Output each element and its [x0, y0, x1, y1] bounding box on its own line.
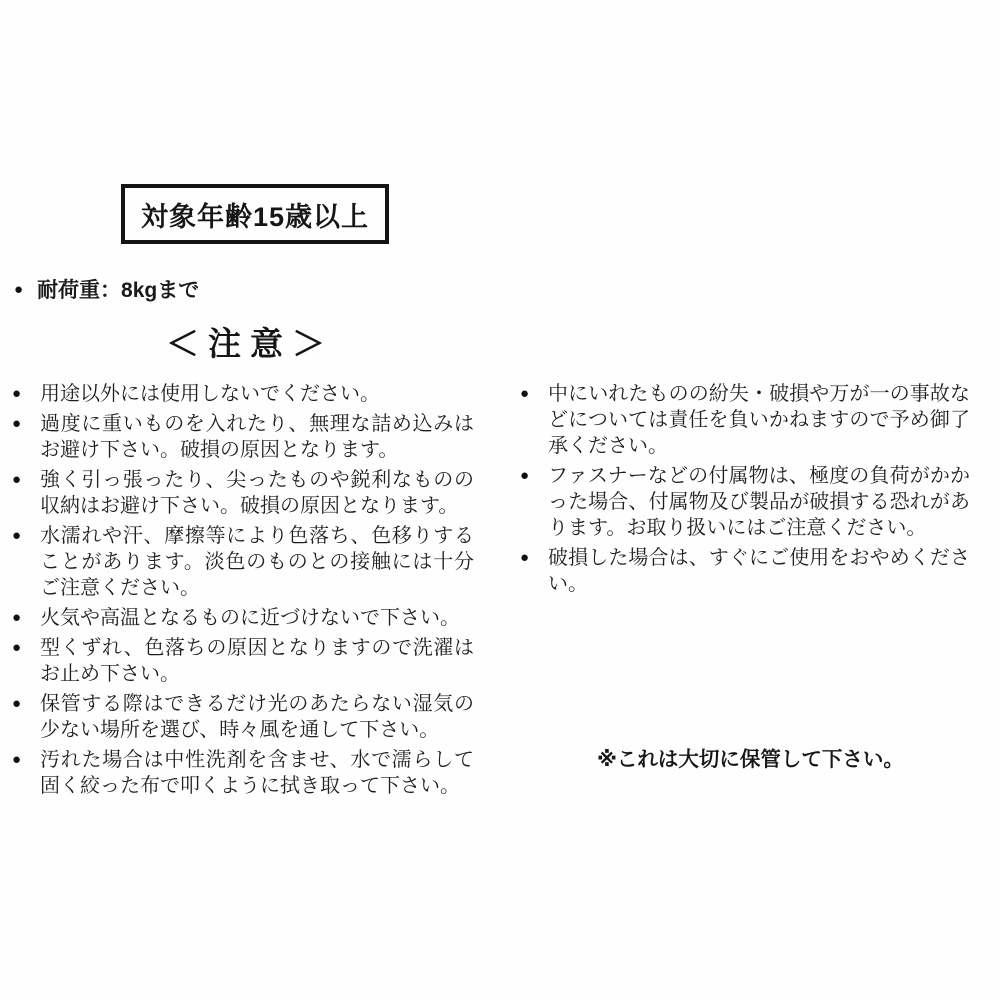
caution-list-left: ● 用途以外には使用しないでください。 ● 過度に重いものを入れたり、無理な詰め…: [12, 381, 474, 803]
caution-text: 過度に重いものを入れたり、無理な詰め込みはお避け下さい。破損の原因となります。: [40, 411, 474, 463]
list-item: ● 破損した場合は、すぐにご使用をおやめください。: [520, 545, 970, 597]
bullet-icon: ●: [12, 523, 40, 549]
list-item: ● 型くずれ、色落ちの原因となりますので洗濯はお止め下さい。: [12, 635, 474, 687]
bullet-icon: ●: [12, 691, 40, 717]
caution-heading: ＜注意＞: [0, 318, 500, 365]
bullet-icon: ●: [12, 635, 40, 661]
care-label-sheet: 対象年齢15歳以上 ● 耐荷重：8kgまで ＜注意＞ ● 用途以外には使用しない…: [0, 0, 1000, 1000]
bullet-icon: ●: [12, 467, 40, 493]
list-item: ● 水濡れや汗、摩擦等により色落ち、色移りすることがあります。淡色のものとの接触…: [12, 523, 474, 601]
bullet-icon: ●: [12, 605, 40, 631]
age-restriction-box: 対象年齢15歳以上: [121, 184, 389, 244]
list-item: ● 用途以外には使用しないでください。: [12, 381, 474, 407]
keep-note: ※これは大切に保管して下さい。: [597, 742, 904, 772]
list-item: ● 過度に重いものを入れたり、無理な詰め込みはお避け下さい。破損の原因となります…: [12, 411, 474, 463]
caution-text: 強く引っ張ったり、尖ったものや鋭利なものの収納はお避け下さい。破損の原因となりま…: [40, 467, 474, 519]
bullet-icon: ●: [520, 463, 548, 489]
bullet-icon: ●: [12, 747, 40, 773]
list-item: ● 強く引っ張ったり、尖ったものや鋭利なものの収納はお避け下さい。破損の原因とな…: [12, 467, 474, 519]
bullet-icon: ●: [12, 411, 40, 437]
caution-text: 保管する際はできるだけ光のあたらない湿気の少ない場所を選び、時々風を通して下さい…: [40, 691, 474, 743]
bullet-icon: ●: [14, 281, 23, 298]
caution-text: 中にいれたものの紛失・破損や万が一の事故などについては責任を負いかねますので予め…: [548, 381, 970, 459]
list-item: ● ファスナーなどの付属物は、極度の負荷がかかった場合、付属物及び製品が破損する…: [520, 463, 970, 541]
caution-text: 水濡れや汗、摩擦等により色落ち、色移りすることがあります。淡色のものとの接触には…: [40, 523, 474, 601]
caution-text: ファスナーなどの付属物は、極度の負荷がかかった場合、付属物及び製品が破損する恐れ…: [548, 463, 970, 541]
caution-list-right: ● 中にいれたものの紛失・破損や万が一の事故などについては責任を負いかねますので…: [520, 381, 970, 601]
caution-text: 火気や高温となるものに近づけないで下さい。: [40, 605, 474, 631]
list-item: ● 汚れた場合は中性洗剤を含ませ、水で濡らして固く絞った布で叩くように拭き取って…: [12, 747, 474, 799]
list-item: ● 火気や高温となるものに近づけないで下さい。: [12, 605, 474, 631]
caution-text: 用途以外には使用しないでください。: [40, 381, 474, 407]
caution-text: 汚れた場合は中性洗剤を含ませ、水で濡らして固く絞った布で叩くように拭き取って下さ…: [40, 747, 474, 799]
list-item: ● 保管する際はできるだけ光のあたらない湿気の少ない場所を選び、時々風を通して下…: [12, 691, 474, 743]
caution-text: 型くずれ、色落ちの原因となりますので洗濯はお止め下さい。: [40, 635, 474, 687]
caution-text: 破損した場合は、すぐにご使用をおやめください。: [548, 545, 970, 597]
bullet-icon: ●: [520, 381, 548, 407]
load-capacity-text: 耐荷重：8kgまで: [37, 274, 199, 304]
bullet-icon: ●: [520, 545, 548, 571]
load-capacity-row: ● 耐荷重：8kgまで: [14, 274, 199, 304]
age-restriction-text: 対象年齢15歳以上: [141, 195, 369, 234]
list-item: ● 中にいれたものの紛失・破損や万が一の事故などについては責任を負いかねますので…: [520, 381, 970, 459]
bullet-icon: ●: [12, 381, 40, 407]
